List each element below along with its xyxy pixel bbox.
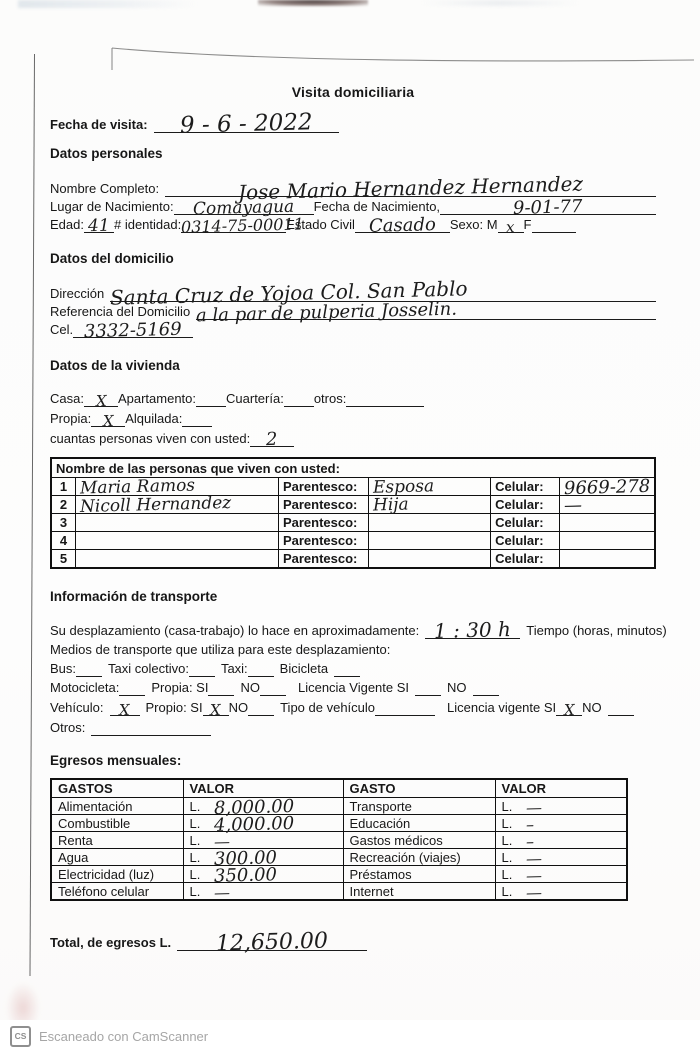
cuarteria-field — [284, 389, 314, 407]
fecha-visita-value: 9 - 6 - 2022 — [180, 113, 313, 136]
valor-cell: L.8,000.00 — [183, 798, 343, 815]
camscanner-watermark-text: Escaneado con CamScanner — [39, 1029, 208, 1044]
nombre-completo-field: Jose Mario Hernandez Hernandez — [165, 177, 656, 197]
persona-nombre-cell — [75, 532, 278, 550]
direccion-label: Dirección — [50, 285, 104, 302]
vehiculo-field: X — [110, 698, 140, 716]
vehiculo-row: Vehículo: X Propio: SI X NO Tipo de vehí… — [50, 698, 656, 716]
gasto-label: Teléfono celular — [51, 883, 183, 901]
persona-num: 1 — [51, 478, 75, 496]
currency-label: L. — [190, 816, 201, 831]
persona-nombre-cell — [75, 550, 278, 569]
edad-field: 41 — [84, 215, 114, 233]
valor-cell: L.– — [495, 815, 627, 832]
gasto-label: Transporte — [343, 798, 495, 815]
persona-parentesco: Hija — [373, 498, 409, 513]
bicicleta-field — [334, 676, 360, 677]
persona-row-4: 4 Parentesco: Celular: — [51, 532, 655, 550]
scan-smudge-top — [258, 0, 368, 6]
taxi-field — [248, 676, 274, 677]
otros-vivienda-label: otros: — [314, 390, 347, 407]
casa-field: X — [84, 389, 118, 407]
bus-field — [76, 676, 102, 677]
celular-label: Celular: — [491, 514, 560, 532]
persona-parentesco: Esposa — [373, 479, 434, 495]
identidad-field: 0314-75-00011 — [181, 215, 286, 233]
bicicleta-label: Bicicleta — [280, 660, 328, 677]
gasto-label: Gastos médicos — [343, 832, 495, 849]
casa-label: Casa: — [50, 390, 84, 407]
casa-mark: X — [95, 395, 106, 408]
valor-hw: — — [526, 885, 542, 899]
persona-row-1: 1 Maria Ramos Parentesco: Esposa Celular… — [51, 478, 655, 496]
celular-label: Cel. — [50, 321, 73, 338]
fecha-visita-row: Fecha de visita: 9 - 6 - 2022 — [50, 112, 656, 133]
veh-no-label: NO — [229, 699, 249, 716]
valor-hw: — — [214, 885, 230, 899]
valor-cell: L.— — [495, 849, 627, 866]
celular-field: 3332-5169 — [73, 320, 193, 338]
veh-propio-mark: X — [210, 704, 221, 717]
taxi-colectivo-label: Taxi colectivo: — [108, 660, 189, 677]
celular-value: 3332-5169 — [84, 322, 182, 340]
celular-label: Celular: — [491, 478, 560, 496]
valor-cell: L.– — [495, 832, 627, 849]
egreso-row-electricidad: Electricidad (luz) L.350.00 Préstamos L.… — [51, 866, 627, 883]
valor-cell: L.— — [495, 883, 627, 901]
alquilada-label: Alquilada: — [125, 410, 182, 427]
egresos-header-row: GASTOS VALOR GASTO VALOR — [51, 779, 627, 798]
motocicleta-field — [119, 695, 145, 696]
personas-count-value: 2 — [266, 432, 278, 448]
otros-transporte-row: Otros: — [50, 718, 656, 736]
persona-row-5: 5 Parentesco: Celular: — [51, 550, 655, 569]
persona-parentesco-cell — [368, 550, 490, 569]
direccion-field: Santa Cruz de Yojoa Col. San Pablo — [110, 282, 656, 302]
veh-licencia-mark: X — [564, 704, 575, 717]
egreso-row-renta: Renta L.— Gastos médicos L.– — [51, 832, 627, 849]
propiedad-row: Propia: X Alquilada: — [50, 409, 656, 427]
scan-tint-top-left — [18, 0, 198, 8]
valor-cell: L.300.00 — [183, 849, 343, 866]
personas-count-label: cuantas personas viven con usted: — [50, 430, 250, 447]
edad-value: 41 — [88, 219, 110, 234]
vehiculo-mark: X — [119, 704, 130, 717]
fecha-visita-label: Fecha de visita: — [50, 116, 148, 133]
persona-celular-cell — [559, 532, 655, 550]
egreso-row-telefono: Teléfono celular L.— Internet L.— — [51, 883, 627, 901]
gasto-label: Combustible — [51, 815, 183, 832]
otros-transporte-label: Otros: — [50, 719, 85, 736]
moto-licencia-no-label: NO — [447, 679, 467, 696]
tipo-vehiculo-label: Tipo de vehículo — [280, 699, 375, 716]
tipo-vehiculo-field — [375, 698, 435, 716]
celular-label: Celular: — [491, 496, 560, 514]
motocicleta-row: Motocicleta: Propia: SI NO Licencia Vige… — [50, 679, 656, 696]
moto-propia-si-field — [208, 695, 234, 696]
persona-parentesco-cell — [368, 532, 490, 550]
currency-label: L. — [190, 850, 201, 865]
personas-count-row: cuantas personas viven con usted: 2 — [50, 429, 656, 447]
identidad-label: # identidad: — [114, 216, 181, 233]
gasto-label: Recreación (viajes) — [343, 849, 495, 866]
taxi-label: Taxi: — [221, 660, 248, 677]
currency-label: L. — [190, 867, 201, 882]
col-valor-1: VALOR — [183, 779, 343, 798]
currency-label: L. — [502, 850, 513, 865]
currency-label: L. — [190, 833, 201, 848]
desplazamiento-field: 1 : 30 h — [425, 619, 520, 639]
valor-hw: – — [526, 834, 534, 848]
camscanner-icon: CS — [10, 1026, 31, 1047]
otros-vivienda-field — [346, 389, 424, 407]
referencia-field: a la par de pulperia Josselin. — [196, 302, 656, 320]
bus-row: Bus: Taxi colectivo: Taxi: Bicicleta — [50, 660, 656, 677]
veh-propio-label: Propio: SI — [146, 699, 203, 716]
moto-propia-label: Propia: SI — [151, 679, 208, 696]
parentesco-label: Parentesco: — [278, 496, 368, 514]
persona-nombre: Maria Ramos — [80, 478, 195, 495]
gasto-label: Internet — [343, 883, 495, 901]
persona-celular-cell: 9669-278 — [559, 478, 655, 496]
section-egresos: Egresos mensuales: — [50, 753, 656, 768]
desplazamiento-suffix: Tiempo (horas, minutos) — [526, 622, 666, 639]
parentesco-label: Parentesco: — [278, 532, 368, 550]
gasto-label: Electricidad (luz) — [51, 866, 183, 883]
persona-celular-cell — [559, 514, 655, 532]
egreso-row-alimentacion: Alimentación L.8,000.00 Transporte L.— — [51, 798, 627, 815]
sexo-m-mark: x — [506, 221, 515, 234]
propia-field: X — [91, 409, 125, 427]
col-gastos: GASTOS — [51, 779, 183, 798]
parentesco-label: Parentesco: — [278, 514, 368, 532]
valor-cell: L.— — [495, 866, 627, 883]
taxi-colectivo-field — [189, 676, 215, 677]
form-title: Visita domiciliaria — [50, 84, 656, 100]
persona-celular-cell — [559, 550, 655, 569]
fecha-nacimiento-field: 9-01-77 — [440, 197, 656, 215]
section-datos-vivienda: Datos de la vivienda — [50, 358, 656, 373]
total-egresos-field: 12,650.00 — [177, 931, 367, 951]
parentesco-label: Parentesco: — [278, 478, 368, 496]
veh-licencia-no-label: NO — [582, 699, 602, 716]
celular-label: Celular: — [491, 532, 560, 550]
medios-label: Medios de transporte que utiliza para es… — [50, 641, 390, 658]
moto-licencia-no-field — [473, 695, 499, 696]
motocicleta-label: Motocicleta: — [50, 679, 119, 696]
desplazamiento-label: Su desplazamiento (casa-trabajo) lo hace… — [50, 622, 419, 639]
lugar-nacimiento-field: Comayagua — [174, 197, 314, 215]
currency-label: L. — [502, 884, 513, 899]
moto-licencia-si-field — [415, 695, 441, 696]
persona-num: 4 — [51, 532, 75, 550]
page-edge-line — [29, 54, 35, 976]
edad-label: Edad: — [50, 216, 84, 233]
valor-cell: L.350.00 — [183, 866, 343, 883]
otros-transporte-field — [91, 718, 211, 736]
tipo-vivienda-row: Casa: X Apartamento: Cuartería: otros: — [50, 389, 656, 407]
sexo-m-field: x — [498, 215, 524, 233]
direccion-row: Dirección Santa Cruz de Yojoa Col. San P… — [50, 282, 656, 302]
apartamento-field — [196, 389, 226, 407]
sexo-f-field — [532, 215, 576, 233]
personas-table-header-row: Nombre de las personas que viven con ust… — [51, 458, 655, 478]
persona-nombre: Nicoll Hernandez — [80, 496, 232, 514]
currency-label: L. — [502, 799, 513, 814]
persona-celular: — — [564, 497, 582, 513]
estado-civil-field: Casado — [355, 215, 450, 233]
scanned-form: Visita domiciliaria Fecha de visita: 9 -… — [50, 84, 656, 951]
gasto-label: Renta — [51, 832, 183, 849]
moto-no-label: NO — [240, 679, 260, 696]
persona-celular-cell: — — [559, 496, 655, 514]
persona-parentesco-cell: Esposa — [368, 478, 490, 496]
nombre-row: Nombre Completo: Jose Mario Hernandez He… — [50, 177, 656, 197]
total-egresos-row: Total, de egresos L. 12,650.00 — [50, 931, 656, 951]
persona-num: 3 — [51, 514, 75, 532]
page-top-edge-curve — [104, 44, 700, 70]
valor-hw: 350.00 — [214, 867, 277, 884]
bus-label: Bus: — [50, 660, 76, 677]
personas-count-field: 2 — [250, 429, 294, 447]
celular-row: Cel. 3332-5169 — [50, 320, 656, 338]
gasto-label: Préstamos — [343, 866, 495, 883]
currency-label: L. — [502, 867, 513, 882]
currency-label: L. — [190, 884, 201, 899]
persona-nombre-cell: Nicoll Hernandez — [75, 496, 278, 514]
gasto-label: Agua — [51, 849, 183, 866]
sexo-label: Sexo: M — [450, 216, 498, 233]
veh-propio-si-field: X — [203, 698, 229, 716]
section-datos-domicilio: Datos del domicilio — [50, 251, 656, 266]
persona-parentesco-cell — [368, 514, 490, 532]
valor-hw: — — [526, 868, 542, 882]
edad-row: Edad: 41 # identidad: 0314-75-00011 Esta… — [50, 215, 656, 233]
col-gasto: GASTO — [343, 779, 495, 798]
vehiculo-label: Vehículo: — [50, 699, 104, 716]
veh-licencia-label: Licencia vigente SI — [447, 699, 556, 716]
personas-table: Nombre de las personas que viven con ust… — [50, 457, 656, 569]
propia-label: Propia: — [50, 410, 91, 427]
medios-row: Medios de transporte que utiliza para es… — [50, 641, 656, 658]
alquilada-field — [182, 409, 212, 427]
personas-table-header: Nombre de las personas que viven con ust… — [51, 458, 655, 478]
currency-label: L. — [502, 833, 513, 848]
currency-label: L. — [502, 816, 513, 831]
currency-label: L. — [190, 799, 201, 814]
desplazamiento-value: 1 : 30 h — [434, 621, 511, 640]
persona-num: 2 — [51, 496, 75, 514]
veh-no-field — [248, 715, 274, 716]
total-egresos-value: 12,650.00 — [216, 933, 328, 955]
apartamento-label: Apartamento: — [118, 390, 196, 407]
valor-hw: — — [526, 800, 542, 814]
camscanner-footer: CS Escaneado con CamScanner — [0, 1020, 700, 1052]
col-valor-2: VALOR — [495, 779, 627, 798]
fecha-visita-field: 9 - 6 - 2022 — [154, 112, 339, 133]
valor-hw: — — [214, 834, 230, 848]
scan-tint-top-mid — [420, 0, 580, 6]
persona-row-2: 2 Nicoll Hernandez Parentesco: Hija Celu… — [51, 496, 655, 514]
lugar-nacimiento-label: Lugar de Nacimiento: — [50, 198, 174, 215]
gasto-label: Alimentación — [51, 798, 183, 815]
valor-cell: L.4,000.00 — [183, 815, 343, 832]
persona-nombre-cell: Maria Ramos — [75, 478, 278, 496]
gasto-label: Educación — [343, 815, 495, 832]
persona-celular: 9669-278 — [564, 478, 651, 496]
veh-licencia-no-field — [608, 715, 634, 716]
celular-label: Celular: — [491, 550, 560, 569]
propia-mark: X — [103, 415, 114, 428]
total-egresos-label: Total, de egresos L. — [50, 934, 171, 951]
parentesco-label: Parentesco: — [278, 550, 368, 569]
valor-hw: — — [526, 851, 542, 865]
desplazamiento-row: Su desplazamiento (casa-trabajo) lo hace… — [50, 619, 694, 639]
moto-no-field — [260, 695, 286, 696]
persona-num: 5 — [51, 550, 75, 569]
egresos-table: GASTOS VALOR GASTO VALOR Alimentación L.… — [50, 778, 628, 901]
cuarteria-label: Cuartería: — [226, 390, 284, 407]
valor-hw: 4,000.00 — [214, 816, 295, 833]
section-transporte: Información de transporte — [50, 589, 656, 604]
nombre-completo-label: Nombre Completo: — [50, 180, 159, 197]
fecha-nacimiento-value: 9-01-77 — [513, 199, 583, 216]
valor-cell: L.— — [495, 798, 627, 815]
egreso-row-agua: Agua L.300.00 Recreación (viajes) L.— — [51, 849, 627, 866]
referencia-value: a la par de pulperia Josselin. — [196, 302, 457, 324]
identidad-value: 0314-75-00011 — [181, 217, 304, 234]
section-datos-personales: Datos personales — [50, 146, 656, 161]
moto-licencia-label: Licencia Vigente SI — [298, 679, 409, 696]
egreso-row-combustible: Combustible L.4,000.00 Educación L.– — [51, 815, 627, 832]
persona-parentesco-cell: Hija — [368, 496, 490, 514]
veh-licencia-si-field: X — [556, 698, 582, 716]
valor-hw: – — [526, 817, 534, 831]
estado-civil-value: Casado — [369, 217, 436, 234]
